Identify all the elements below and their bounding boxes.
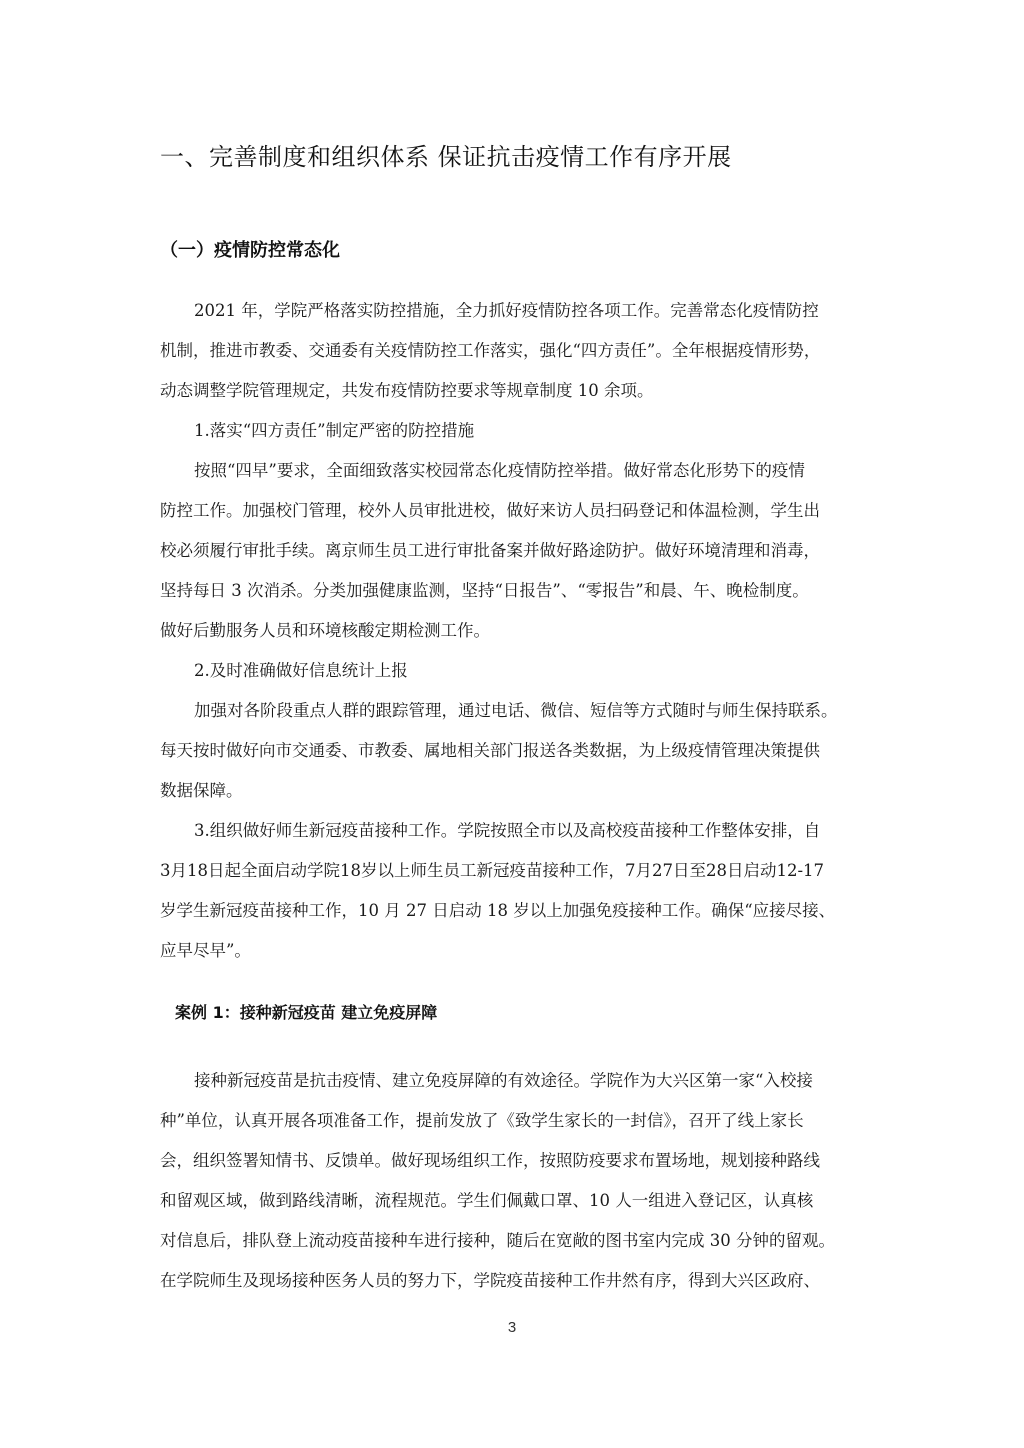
paragraph-line: 加强对各阶段重点人群的跟踪管理，通过电话、微信、短信等方式随时与师生保持联系。 [160,691,880,731]
case1-paragraph: 接种新冠疫苗是抗击疫情、建立免疫屏障的有效途径。学院作为大兴区第一家“入校接 种… [160,1061,880,1301]
item2-block: 2.及时准确做好信息统计上报 加强对各阶段重点人群的跟踪管理，通过电话、微信、短… [160,651,880,811]
paragraph-line: 在学院师生及现场接种医务人员的努力下，学院疫苗接种工作井然有序，得到大兴区政府、 [160,1261,880,1301]
section-heading: 一、完善制度和组织体系 保证抗击疫情工作有序开展 [160,137,732,172]
paragraph-line: 和留观区域，做到路线清晰，流程规范。学生们佩戴口罩、10 人一组进入登记区，认真… [160,1181,880,1221]
item3-block: 3.组织做好师生新冠疫苗接种工作。学院按照全市以及高校疫苗接种工作整体安排，自 … [160,811,880,971]
paragraph-line: 2021 年，学院严格落实防控措施，全力抓好疫情防控各项工作。完善常态化疫情防控 [160,291,880,331]
page-number: 3 [0,1319,1024,1336]
paragraph-line: 每天按时做好向市交通委、市教委、属地相关部门报送各类数据，为上级疫情管理决策提供 [160,731,880,771]
paragraph-line: 会，组织签署知情书、反馈单。做好现场组织工作，按照防疫要求布置场地，规划接种路线 [160,1141,880,1181]
case-title: 案例 1：接种新冠疫苗 建立免疫屏障 [175,1000,437,1023]
paragraph-line: 做好后勤服务人员和环境核酸定期检测工作。 [160,611,880,651]
paragraph-line: 机制，推进市教委、交通委有关疫情防控工作落实，强化“四方责任”。全年根据疫情形势… [160,331,880,371]
paragraph-line: 岁学生新冠疫苗接种工作，10 月 27 日启动 18 岁以上加强免疫接种工作。确… [160,891,880,931]
item1-title: 1.落实“四方责任”制定严密的防控措施 [160,411,880,451]
item1-block: 1.落实“四方责任”制定严密的防控措施 按照“四早”要求，全面细致落实校园常态化… [160,411,880,651]
subsection-heading: （一）疫情防控常态化 [160,236,340,262]
intro-paragraph: 2021 年，学院严格落实防控措施，全力抓好疫情防控各项工作。完善常态化疫情防控… [160,291,880,411]
paragraph-line: 对信息后，排队登上流动疫苗接种车进行接种，随后在宽敞的图书室内完成 30 分钟的… [160,1221,880,1261]
paragraph-line: 接种新冠疫苗是抗击疫情、建立免疫屏障的有效途径。学院作为大兴区第一家“入校接 [160,1061,880,1101]
paragraph-line: 坚持每日 3 次消杀。分类加强健康监测，坚持“日报告”、“零报告”和晨、午、晚检… [160,571,880,611]
document-page: 一、完善制度和组织体系 保证抗击疫情工作有序开展 （一）疫情防控常态化 2021… [0,0,1024,1448]
paragraph-line: 种”单位，认真开展各项准备工作，提前发放了《致学生家长的一封信》，召开了线上家长 [160,1101,880,1141]
paragraph-line: 动态调整学院管理规定，共发布疫情防控要求等规章制度 10 余项。 [160,371,880,411]
paragraph-line: 3.组织做好师生新冠疫苗接种工作。学院按照全市以及高校疫苗接种工作整体安排，自 [160,811,880,851]
paragraph-line: 数据保障。 [160,771,880,811]
item2-title: 2.及时准确做好信息统计上报 [160,651,880,691]
paragraph-line: 防控工作。加强校门管理，校外人员审批进校，做好来访人员扫码登记和体温检测，学生出 [160,491,880,531]
paragraph-line: 校必须履行审批手续。离京师生员工进行审批备案并做好路途防护。做好环境清理和消毒， [160,531,880,571]
paragraph-line: 按照“四早”要求，全面细致落实校园常态化疫情防控举措。做好常态化形势下的疫情 [160,451,880,491]
paragraph-line: 3月18日起全面启动学院18岁以上师生员工新冠疫苗接种工作，7月27日至28日启… [160,851,880,891]
paragraph-line: 应早尽早”。 [160,931,880,971]
